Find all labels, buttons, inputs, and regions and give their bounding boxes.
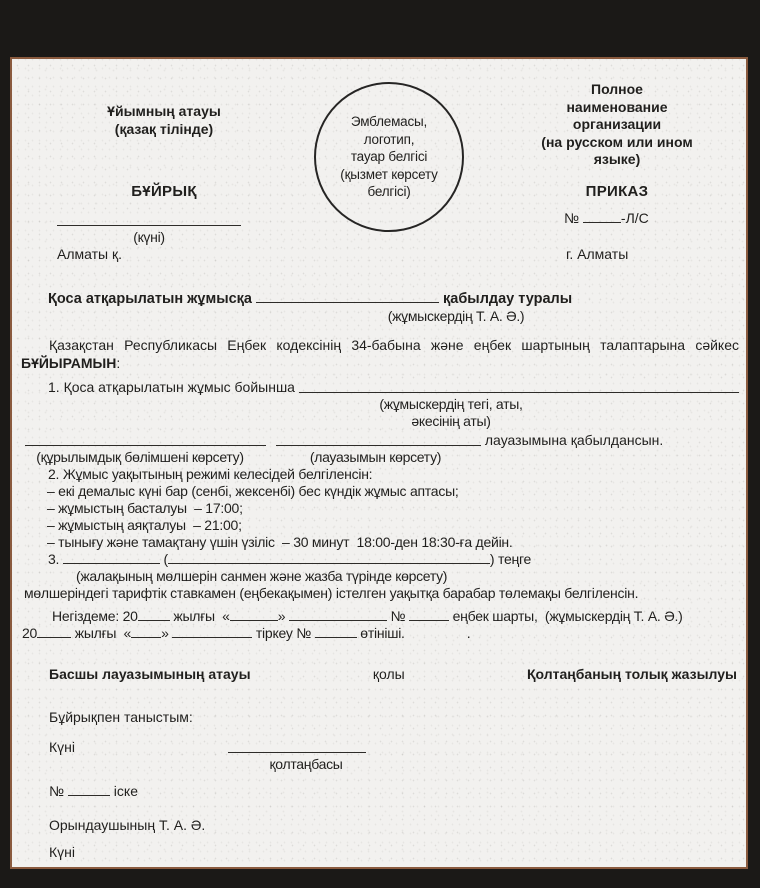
item3-tail: мөлшеріндегі тарифтік ставкамен (еңбекақ… <box>24 585 739 602</box>
item1-dept-line: лауазымына қабылдансын. <box>21 432 739 449</box>
ack-date-label: Күні <box>49 739 75 756</box>
item3-line: 3. () теңге <box>48 551 739 568</box>
basis-numsign-a: № <box>387 608 409 624</box>
document-header: Ұйымның атауы (қазақ тілінде) Эмблемасы,… <box>21 59 739 288</box>
item1-caption-pos: (лауазымын көрсету) <box>303 449 448 466</box>
item2-bullet-3: – жұмыстың аяқталуы – 21:00; <box>47 517 739 534</box>
city-russian: г. Алматы <box>566 246 628 263</box>
org-name-ru-line3: организации <box>482 116 752 134</box>
basis-year-blank-b <box>37 625 71 638</box>
emblem-line2: логотип, <box>364 131 415 149</box>
org-name-russian: Полное наименование организации (на русс… <box>482 81 752 169</box>
emblem-line3: тауар белгісі <box>351 148 427 166</box>
ack-signature-blank <box>228 740 366 753</box>
basis-month-blank-b <box>172 625 252 638</box>
basis-line1: Негіздеме: 20 жылғы «» № еңбек шарты, (ж… <box>52 608 739 625</box>
basis-number-blank-a <box>409 608 449 621</box>
resolve-word: БҰЙЫРАМЫН <box>21 355 116 371</box>
subject-after: қабылдау туралы <box>439 291 572 307</box>
order-number-suffix: -Л/С <box>621 210 649 226</box>
basis-yearword-a: жылғы « <box>170 608 230 624</box>
order-title-kazakh: БҰЙРЫҚ <box>54 183 274 200</box>
position-blank <box>276 433 481 446</box>
ack-signature-caption: қолтаңбасы <box>237 756 375 773</box>
basis-year-blank-a <box>138 608 170 621</box>
basis-month-blank-a <box>289 608 387 621</box>
emblem-line4: (қызмет көрсету <box>340 166 437 184</box>
item1-caption-name: (жұмыскердің тегі, аты, әкесінің аты) <box>376 396 526 430</box>
basis-day-blank-b <box>131 625 161 638</box>
signature-label: қолы <box>373 666 405 683</box>
org-name-kk-line2: (қазақ тілінде) <box>54 121 274 139</box>
basis-label: Негіздеме: <box>52 608 123 624</box>
subject-caption: (жұмыскердің Т. А. Ә.) <box>371 308 541 325</box>
ack-date-line: Күні <box>21 739 739 756</box>
item1-captions-row: (құрылымдық бөлімшені көрсету)(лауазымын… <box>21 449 739 466</box>
date-caption: (күні) <box>57 229 241 246</box>
order-title-russian: ПРИКАЗ <box>482 183 752 200</box>
basis-tail: өтініші. <box>357 625 405 641</box>
item2-bullet-2: – жұмыстың басталуы – 17:00; <box>47 500 739 517</box>
basis-year-a: 20 <box>123 608 138 624</box>
emblem-line5: белгісі) <box>367 183 410 201</box>
dept-blank <box>25 433 266 446</box>
basis-quote-b: » <box>161 625 172 641</box>
item2-text: 2. Жұмыс уақытының режимі келесідей белг… <box>48 466 739 483</box>
basis-quote-a: » <box>278 608 289 624</box>
item1-tail: лауазымына қабылдансын. <box>481 432 663 449</box>
subject-before: Қоса атқарылатын жұмысқа <box>48 291 256 307</box>
file-prefix: № <box>49 783 68 799</box>
item3-close: ) теңге <box>490 551 531 567</box>
salary-words-blank <box>168 551 490 564</box>
signature-row: Басшы лауазымының атауықолыҚолтаңбаның т… <box>21 666 739 683</box>
item1-name-blank <box>299 380 739 393</box>
basis-stray-dot: . <box>467 625 471 641</box>
order-number-blank <box>583 210 621 223</box>
org-name-ru-line5: языке) <box>482 151 752 169</box>
org-name-ru-line2: наименование <box>482 99 752 117</box>
item3-caption: (жалақының мөлшерін санмен және жазба тү… <box>76 568 739 585</box>
resolve-colon: : <box>116 355 120 371</box>
item1-line: 1. Қоса атқарылатын жұмыс бойынша <box>21 379 739 396</box>
basis-year-b: 20 <box>22 625 37 641</box>
head-title-label: Басшы лауазымының атауы <box>49 666 251 683</box>
basis-yearword-b: жылғы « <box>71 625 131 641</box>
file-number-blank <box>68 783 110 796</box>
basis-contract: еңбек шарты, <box>449 608 545 624</box>
salary-number-blank <box>63 551 160 564</box>
item2-bullet-4: – тынығу және тамақтану үшін үзіліс – 30… <box>47 534 739 551</box>
order-number-prefix: № <box>564 210 583 226</box>
org-name-kazakh: Ұйымның атауы (қазақ тілінде) <box>54 103 274 138</box>
basis-day-blank-a <box>230 608 278 621</box>
executor-date-label: Күні <box>49 844 739 861</box>
file-number-line: № іске <box>49 783 739 800</box>
city-kazakh: Алматы қ. <box>57 246 122 263</box>
basis-reg: тіркеу № <box>252 625 314 641</box>
date-blank <box>57 225 241 226</box>
basis-regnum-blank <box>315 625 357 638</box>
item3-num: 3. <box>48 551 63 567</box>
org-name-ru-line4: (на русском или ином <box>482 134 752 152</box>
item1-caption-dept: (құрылымдық бөлімшені көрсету) <box>25 449 255 466</box>
intro-paragraph: Қазақстан Республикасы Еңбек кодексінің … <box>21 337 739 355</box>
fullname-label: Қолтаңбаның толық жазылуы <box>527 666 737 683</box>
screenshot-root: { "header": { "org_kk": ["Ұйымның атауы"… <box>0 0 760 888</box>
emblem-circle: Эмблемасы, логотип, тауар белгісі (қызме… <box>314 82 464 232</box>
ack-line: Бұйрықпен таныстым: <box>49 709 739 726</box>
subject-name-blank <box>256 290 439 303</box>
item3-open: ( <box>160 551 168 567</box>
org-name-ru-line1: Полное <box>482 81 752 99</box>
document-page: Ұйымның атауы (қазақ тілінде) Эмблемасы,… <box>10 57 748 869</box>
executor-line: Орындаушының Т. А. Ә. <box>49 817 739 834</box>
emblem-line1: Эмблемасы, <box>351 113 427 131</box>
org-name-kk-line1: Ұйымның атауы <box>54 103 274 121</box>
file-suffix: іске <box>110 783 138 799</box>
resolve-line: БҰЙЫРАМЫН: <box>21 355 739 372</box>
subject-line: Қоса атқарылатын жұмысқа қабылдау туралы <box>48 290 739 308</box>
item2-bullet-1: – екі демалыс күні бар (сенбі, жексенбі)… <box>47 483 739 500</box>
item1-text: 1. Қоса атқарылатын жұмыс бойынша <box>48 379 299 396</box>
order-number-line: № -Л/С <box>564 210 649 227</box>
document-content: Ұйымның атауы (қазақ тілінде) Эмблемасы,… <box>12 59 746 861</box>
basis-fio: (жұмыскердің Т. А. Ә.) <box>545 608 683 624</box>
basis-line2: 20 жылғы «» тіркеу № өтініші.. <box>22 625 739 642</box>
